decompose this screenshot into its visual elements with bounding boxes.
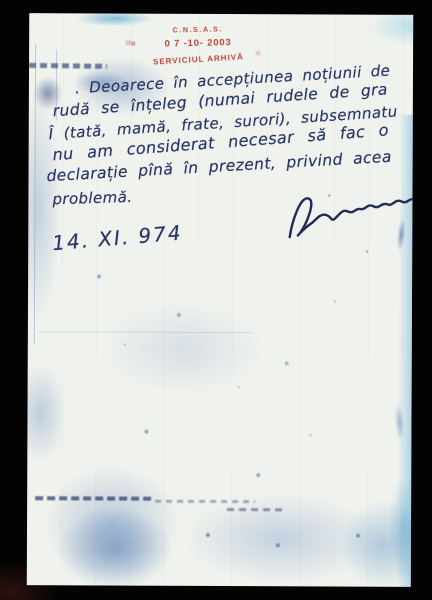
archive-stamp: C.N.S.A.S. 0 7 -10- 2003 SERVICIUL ARHIV… xyxy=(133,25,264,65)
stamp-org-line: C.N.S.A.S. xyxy=(133,25,263,35)
ink-stain xyxy=(29,63,107,69)
ink-stain xyxy=(35,496,153,501)
signature xyxy=(278,173,414,245)
stamp-ink-flecks xyxy=(127,42,129,44)
stamp-date-line: 0 7 -10- 2003 xyxy=(133,36,263,50)
handwritten-line: problemă. xyxy=(52,188,132,208)
paper-speckles xyxy=(29,13,31,15)
photo-frame: C.N.S.A.S. 0 7 -10- 2003 SERVICIUL ARHIV… xyxy=(0,0,432,600)
ink-stain xyxy=(155,500,255,503)
ink-stain xyxy=(227,508,285,511)
handwritten-date: 14. XI. 974 xyxy=(51,220,183,255)
ink-stain xyxy=(392,396,407,447)
stamp-service-line: SERVICIUL ARHIVĂ xyxy=(133,51,263,67)
document-page: C.N.S.A.S. 0 7 -10- 2003 SERVICIUL ARHIV… xyxy=(27,13,413,587)
